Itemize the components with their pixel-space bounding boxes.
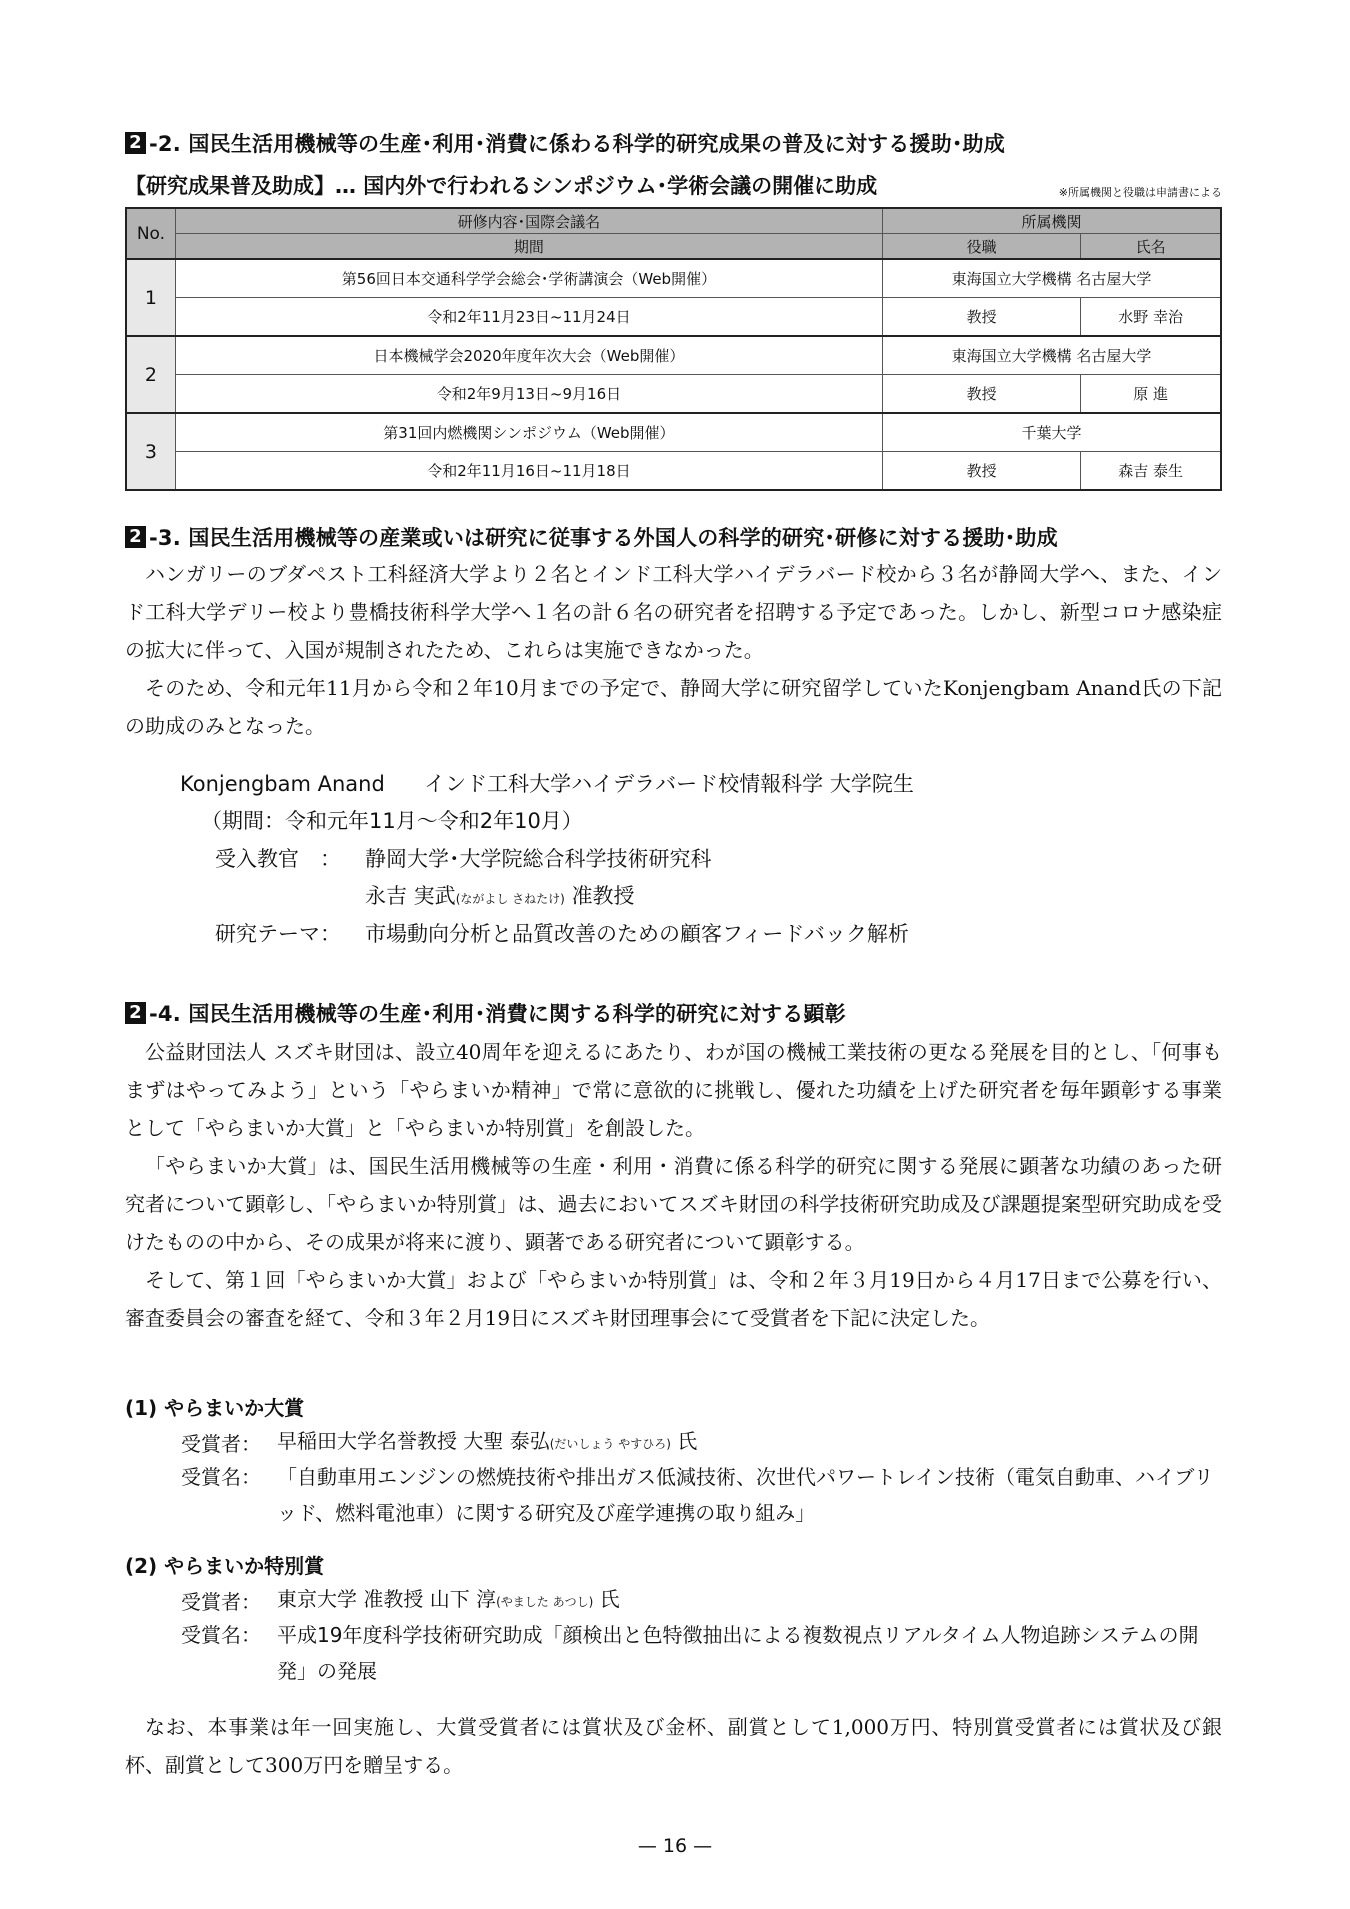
paragraph: そして、第１回「やらまいか大賞」および「やらまいか特別賞」は、令和２年３月19日… [125,1261,1222,1337]
row-no: 3 [126,413,175,490]
col-header-period: 期間 [175,234,882,260]
row-no: 1 [126,259,175,336]
award-1-recipient: 受賞者： 早稲田大学名誉教授 大聖 泰弘(だいしょう やすひろ) 氏 [181,1428,1222,1457]
col-header-affiliation: 所属機関 [882,208,1221,234]
host-reading: (ながよし さねたけ) [456,892,565,906]
col-header-no: No. [126,208,175,259]
paragraph: 「やらまいか大賞」は、国民生活用機械等の生産・利用・消費に係る科学的研究に関する… [125,1147,1222,1261]
title-label: 受賞名： [181,1617,277,1689]
theme: 市場動向分析と品質改善のための顧客フィードバック解析 [365,918,909,948]
row-name: 原 進 [1081,375,1221,414]
section-number-badge: 2 [125,132,146,154]
row-period: 令和2年9月13日~9月16日 [175,375,882,414]
row-period: 令和2年11月16日~11月18日 [175,452,882,491]
table-note: ※所属機関と役職は申請書による [1059,184,1222,200]
paragraph: そのため、令和元年11月から令和２年10月までの予定で、静岡大学に研究留学してい… [125,669,1222,745]
row-affiliation: 東海国立大学機構 名古屋大学 [882,336,1221,375]
recipient-name: 東京大学 准教授 山下 淳 [277,1587,496,1611]
section-2-4-title: -4. 国民生活用機械等の生産･利用･消費に関する科学的研究に対する顕彰 [149,998,846,1028]
researcher-period: （期間：令和元年11月～令和2年10月） [201,805,583,835]
table-row: 3 第31回内燃機関シンポジウム（Web開催） 千葉大学 [126,413,1221,452]
recipient-reading: (だいしょう やすひろ) [550,1437,671,1451]
section-2-3-body: ハンガリーのブダペスト工科経済大学より２名とインド工科大学ハイデラバード校から３… [125,555,1222,745]
row-affiliation: 東海国立大学機構 名古屋大学 [882,259,1221,298]
section-2-4-heading: 2 -4. 国民生活用機械等の生産･利用･消費に関する科学的研究に対する顕彰 [125,998,846,1028]
grant-table: No. 研修内容･国際会議名 所属機関 期間 役職 氏名 1 第56回日本交通科… [125,207,1222,491]
researcher-name: Konjengbam Anand [180,772,385,796]
award-title: 「自動車用エンジンの燃焼技術や排出ガス低減技術、次世代パワートレイン技術（電気自… [277,1459,1222,1531]
recipient-label: 受賞者： [181,1586,277,1615]
row-role: 教授 [882,298,1080,337]
section-2-2-heading: 2 -2. 国民生活用機械等の生産･利用･消費に係わる科学的研究成果の普及に対す… [125,128,1005,158]
col-header-name: 氏名 [1081,234,1221,260]
researcher-affiliation: インド工科大学ハイデラバード校情報科学 大学院生 [424,772,914,796]
row-content: 第31回内燃機関シンポジウム（Web開催） [175,413,882,452]
row-role: 教授 [882,452,1080,491]
section-2-4-body: 公益財団法人 スズキ財団は、設立40周年を迎えるにあたり、わが国の機械工業技術の… [125,1033,1222,1337]
award-title: 平成19年度科学技術研究助成「顔検出と色特徴抽出による複数視点リアルタイム人物追… [277,1617,1222,1689]
award-2-heading: (2) やらまいか特別賞 [125,1550,324,1579]
section-2-2-subtitle: 【研究成果普及助成】… 国内外で行われるシンポジウム･学術会議の開催に助成 [125,170,877,200]
recipient-reading: (やました あつし) [496,1595,593,1609]
host-label: 受入教官 ： [215,843,341,873]
section-number-badge: 2 [125,1002,146,1024]
table-row: 令和2年11月16日~11月18日 教授 森吉 泰生 [126,452,1221,491]
row-affiliation: 千葉大学 [882,413,1221,452]
paragraph: なお、本事業は年一回実施し、大賞受賞者には賞状及び金杯、副賞として1,000万円… [125,1708,1222,1784]
table-row: 2 日本機械学会2020年度年次大会（Web開催） 東海国立大学機構 名古屋大学 [126,336,1221,375]
row-period: 令和2年11月23日~11月24日 [175,298,882,337]
host-org: 静岡大学･大学院総合科学技術研究科 [365,843,712,873]
researcher-line: Konjengbam Anand インド工科大学ハイデラバード校情報科学 大学院… [180,768,914,798]
table-row: 令和2年9月13日~9月16日 教授 原 進 [126,375,1221,414]
host-title: 准教授 [572,884,635,908]
recipient-suffix: 氏 [677,1429,697,1453]
row-name: 森吉 泰生 [1081,452,1221,491]
row-name: 水野 幸治 [1081,298,1221,337]
theme-label: 研究テーマ： [215,918,341,948]
table-row: 令和2年11月23日~11月24日 教授 水野 幸治 [126,298,1221,337]
paragraph: ハンガリーのブダペスト工科経済大学より２名とインド工科大学ハイデラバード校から３… [125,555,1222,669]
page-number: — 16 — [0,1835,1350,1857]
row-content: 第56回日本交通科学学会総会･学術講演会（Web開催） [175,259,882,298]
award-2-title: 受賞名： 平成19年度科学技術研究助成「顔検出と色特徴抽出による複数視点リアルタ… [181,1617,1222,1689]
row-no: 2 [126,336,175,413]
section-2-3-title: -3. 国民生活用機械等の産業或いは研究に従事する外国人の科学的研究･研修に対す… [149,522,1058,552]
recipient-name: 早稲田大学名誉教授 大聖 泰弘 [277,1429,550,1453]
closing-paragraph: なお、本事業は年一回実施し、大賞受賞者には賞状及び金杯、副賞として1,000万円… [125,1708,1222,1784]
host-name: 永吉 実武 [365,884,456,908]
award-1-heading: (1) やらまいか大賞 [125,1392,304,1421]
host-name-line: 永吉 実武(ながよし さねたけ) 准教授 [365,880,635,910]
award-1-title: 受賞名： 「自動車用エンジンの燃焼技術や排出ガス低減技術、次世代パワートレイン技… [181,1459,1222,1531]
col-header-role: 役職 [882,234,1080,260]
title-label: 受賞名： [181,1459,277,1531]
paragraph: 公益財団法人 スズキ財団は、設立40周年を迎えるにあたり、わが国の機械工業技術の… [125,1033,1222,1147]
col-header-content: 研修内容･国際会議名 [175,208,882,234]
award-2-recipient: 受賞者： 東京大学 准教授 山下 淳(やました あつし) 氏 [181,1586,1222,1615]
row-content: 日本機械学会2020年度年次大会（Web開催） [175,336,882,375]
recipient-label: 受賞者： [181,1428,277,1457]
recipient-suffix: 氏 [600,1587,620,1611]
section-2-3-heading: 2 -3. 国民生活用機械等の産業或いは研究に従事する外国人の科学的研究･研修に… [125,522,1058,552]
row-role: 教授 [882,375,1080,414]
section-2-2-title: -2. 国民生活用機械等の生産･利用･消費に係わる科学的研究成果の普及に対する援… [149,128,1005,158]
table-row: 1 第56回日本交通科学学会総会･学術講演会（Web開催） 東海国立大学機構 名… [126,259,1221,298]
section-number-badge: 2 [125,526,146,548]
